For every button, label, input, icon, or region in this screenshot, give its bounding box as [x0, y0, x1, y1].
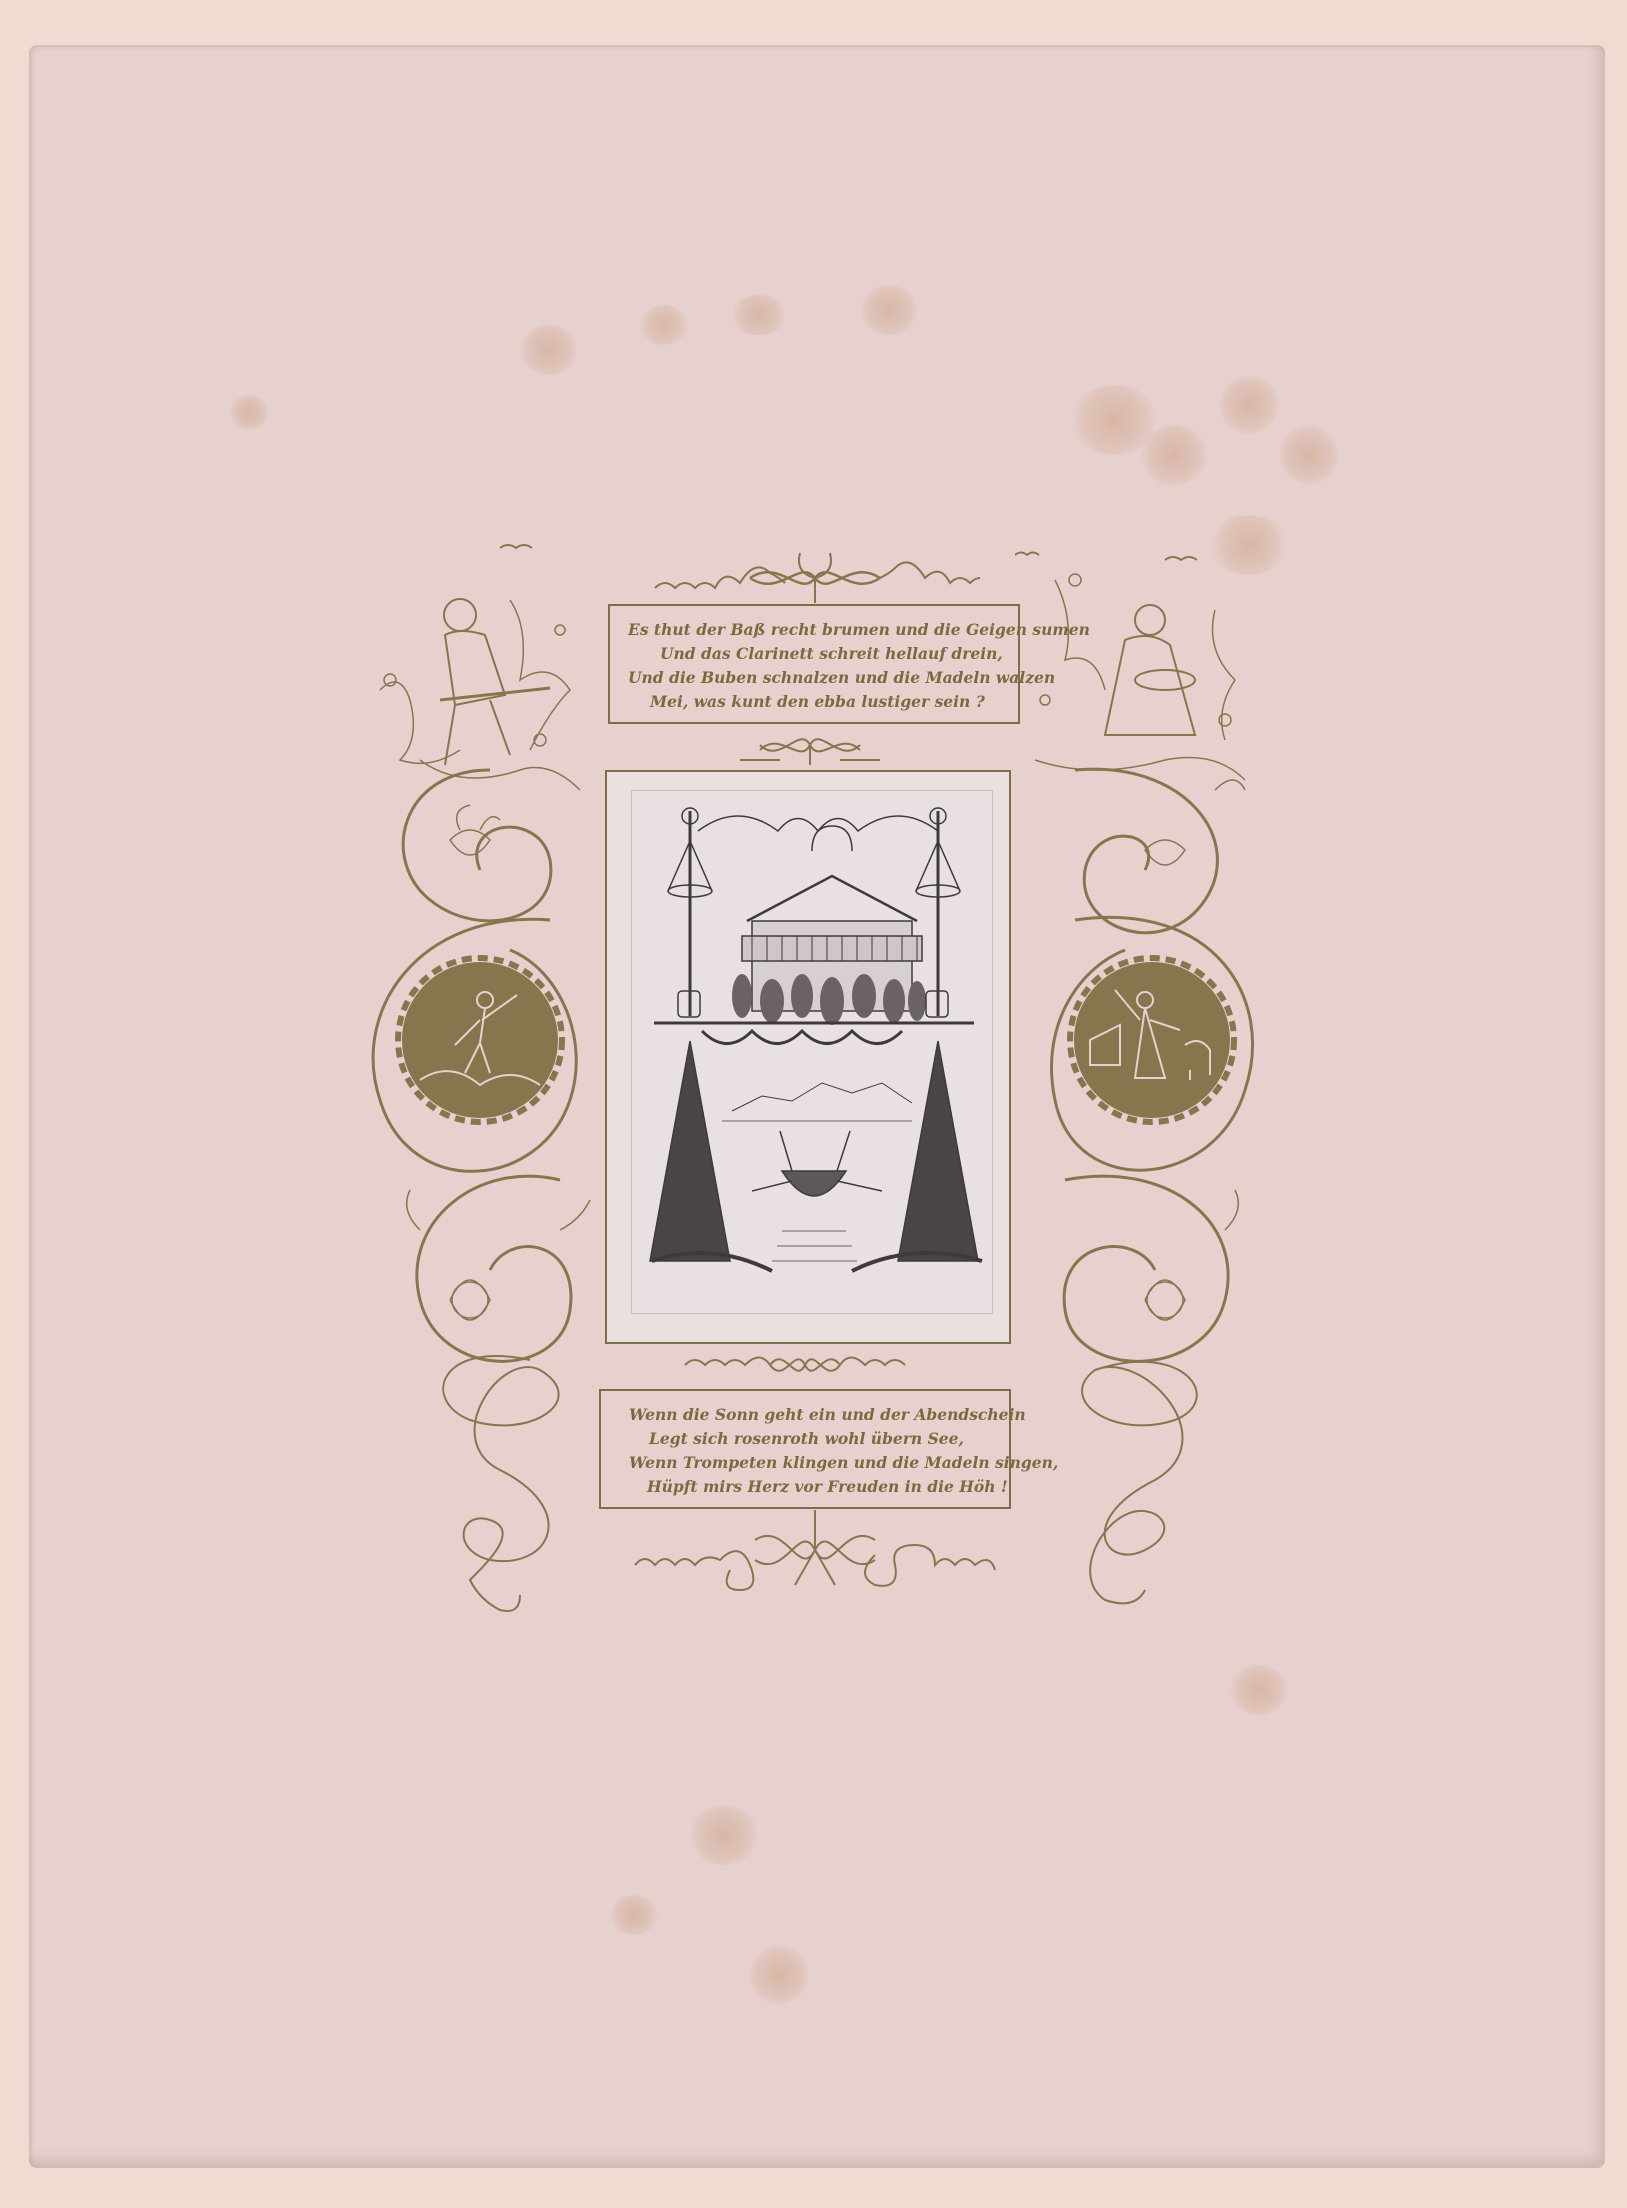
central-engraving-frame [605, 770, 1011, 1344]
foxing-stain [689, 1805, 759, 1865]
foxing-stain [859, 285, 919, 335]
foxing-stain [1279, 425, 1339, 485]
bottom-calligraphic-flourish [625, 1505, 1005, 1595]
top-verse-line: Und das Clarinett schreit hellauf drein, [610, 642, 1018, 666]
lower-knot-ornament [680, 1340, 910, 1390]
top-verse-line: Und die Buben schnalzen und die Madeln w… [610, 666, 1018, 690]
bottom-verse-line: Wenn die Sonn geht ein und der Abendsche… [601, 1403, 1009, 1427]
top-verse-line: Mei, was kunt den ebba lustiger sein ? [610, 690, 1018, 714]
bottom-verse-line: Wenn Trompeten klingen und die Madeln si… [601, 1451, 1009, 1475]
bird-icon [500, 545, 532, 548]
engraving-plate [631, 790, 993, 1314]
bird-icon [1015, 553, 1039, 556]
foxing-stain [229, 395, 269, 430]
foxing-stain [519, 325, 579, 375]
right-border-ornament [1015, 540, 1275, 1640]
foxing-stain [749, 1945, 809, 2005]
foxing-stain [729, 295, 789, 335]
foxing-stain [1229, 1665, 1289, 1715]
central-engraving-scene [632, 791, 996, 1317]
foxing-stain [609, 1895, 659, 1935]
top-calligraphic-flourish [650, 548, 980, 608]
bottom-verse-line: Legt sich rosenroth wohl übern See, [601, 1427, 1009, 1451]
medallion-girl [1074, 962, 1230, 1118]
bottom-verse-box: Wenn die Sonn geht ein und der Abendsche… [599, 1389, 1011, 1509]
foxing-stain [1139, 425, 1209, 485]
foxing-stain [639, 305, 689, 345]
top-verse-box: Es thut der Baß recht brumen und die Gei… [608, 604, 1020, 724]
bird-icon [1165, 557, 1197, 560]
foxing-stain [1219, 375, 1279, 435]
left-border-ornament [360, 540, 610, 1640]
top-verse-line: Es thut der Baß recht brumen und die Gei… [610, 618, 1018, 642]
upper-knot-ornament [740, 720, 880, 770]
bottom-verse-line: Hüpft mirs Herz vor Freuden in die Höh ! [601, 1475, 1009, 1499]
girl-with-zither-figure [1105, 605, 1195, 735]
